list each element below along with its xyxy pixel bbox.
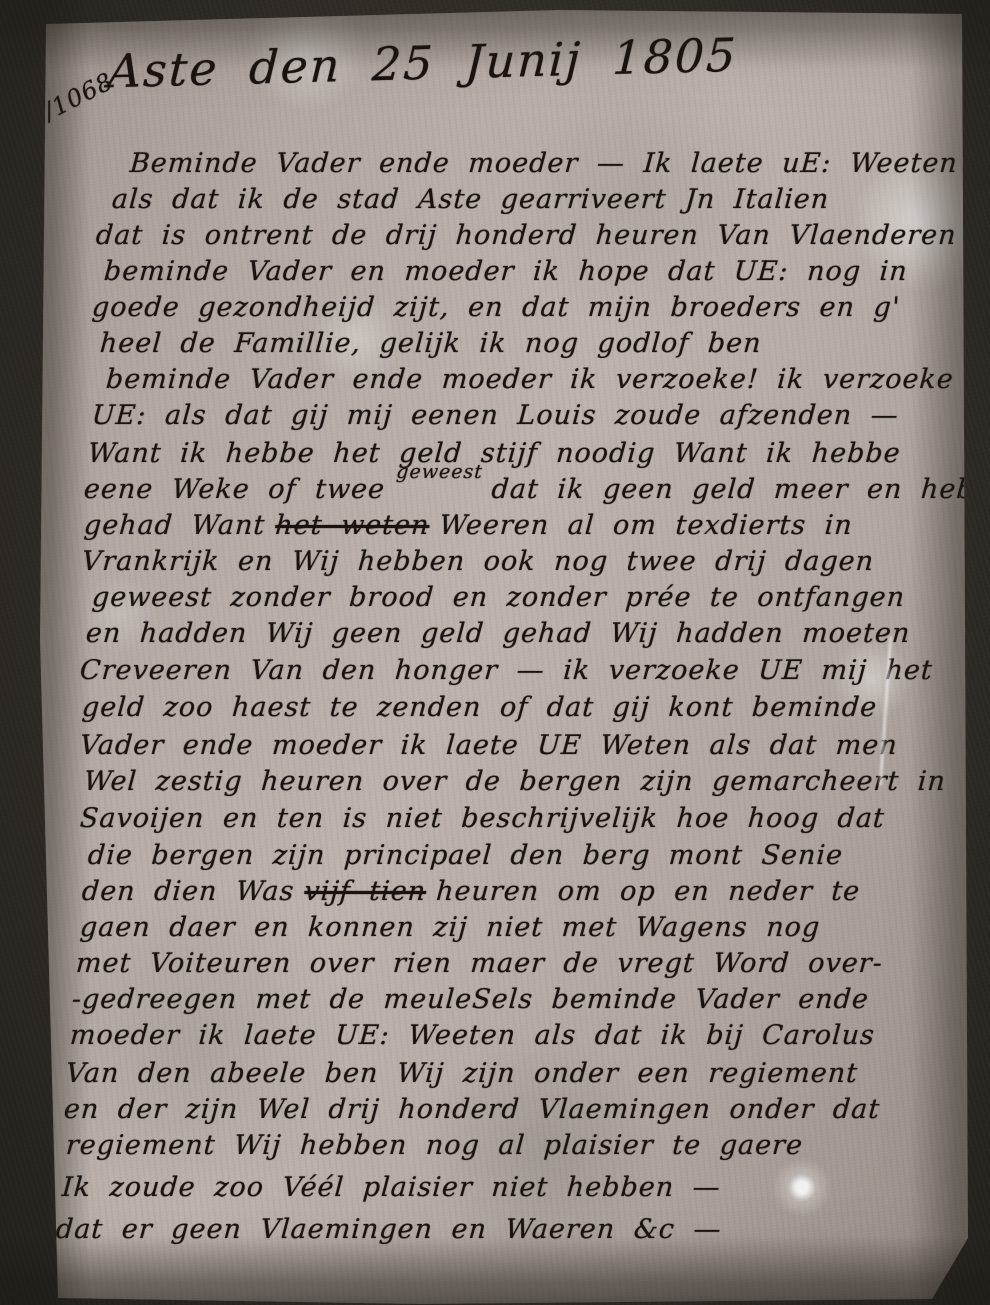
struck-word: vijf tien [303, 876, 427, 907]
letter-line: Want ik hebbe het geld stijf noodig Want… [87, 438, 902, 469]
letter-line: regiement Wij hebben nog al plaisier te … [65, 1130, 804, 1161]
letter-line: dat is ontrent de drij honderd heuren Va… [95, 220, 958, 251]
letter-line: moeder ik laete UE: Weeten als dat ik bi… [69, 1020, 876, 1051]
letter-line: beminde Vader en moeder ik hope dat UE: … [103, 256, 909, 287]
dateline: Aste den 25 Junij 1805 [107, 28, 739, 99]
line-text: heuren om op en neder te [435, 876, 861, 907]
letter-line: gehad Want het weten Weeren al om texdie… [83, 510, 854, 541]
line-text: dat ik geen geld meer en hebbe [491, 474, 990, 505]
letter-paper: Aste den 25 Junij 1805 3/1068 Beminde Va… [0, 0, 990, 1305]
struck-word: het weten [274, 510, 430, 541]
letter-line: beminde Vader ende moeder ik verzoeke! i… [105, 364, 955, 395]
letter-line: -gedreegen met de meuleSels beminde Vade… [71, 984, 870, 1015]
letter-line: Van den abeele ben Wij zijn onder een re… [65, 1058, 859, 1089]
letter-line: eene Weke of twee geweest dat ik geen ge… [83, 474, 990, 505]
letter-line: met Voiteuren over rien maer de vregt Wo… [75, 948, 884, 979]
letter-line: die bergen zijn principael den berg mont… [87, 840, 844, 871]
line-text: eene Weke of twee [83, 474, 386, 505]
letter-line: Ik zoude zoo Véél plaisier niet hebben — [61, 1172, 722, 1203]
letter-line: Creveeren Van den honger — ik verzoeke U… [79, 655, 934, 686]
letter-line: goede gezondheijd zijt, en dat mijn broe… [91, 292, 901, 323]
letter-line: Savoijen en ten is niet beschrijvelijk h… [79, 803, 886, 834]
letter-line: als dat ik de stad Aste gearriveert Jn I… [111, 184, 830, 215]
letter-line: en hadden Wij geen geld gehad Wij hadden… [85, 618, 912, 649]
line-text: gehad Want [83, 510, 267, 541]
letter-line: Beminde Vader ende moeder — Ik laete uE:… [129, 148, 959, 179]
inserted-word: geweest [395, 461, 484, 492]
letter-photograph: Aste den 25 Junij 1805 3/1068 Beminde Va… [0, 0, 990, 1305]
letter-line: Vader ende moeder ik laete UE Weten als … [79, 730, 899, 761]
letter-line: UE: als dat gij mij eenen Louis zoude af… [91, 400, 900, 431]
archive-mark: 3/1068 [25, 67, 118, 133]
letter-line: dat er geen Vlaemingen en Waeren &c — [55, 1214, 723, 1245]
letter-line: heel de Famillie, gelijk ik nog godlof b… [99, 328, 763, 359]
letter-line: Vrankrijk en Wij hebben ook nog twee dri… [81, 546, 875, 577]
letter-line: gaen daer en konnen zij niet met Wagens … [79, 912, 821, 943]
line-text: Weeren al om texdierts in [438, 510, 853, 541]
letter-line: geweest zonder brood en zonder prée te o… [91, 582, 906, 613]
letter-line: Wel zestig heuren over de bergen zijn ge… [83, 766, 947, 797]
letter-line: en der zijn Wel drij honderd Vlaemingen … [63, 1094, 881, 1125]
line-text: den dien Was [81, 876, 296, 907]
letter-line: den dien Was vijf tien heuren om op en n… [81, 876, 861, 907]
letter-line: geld zoo haest te zenden of dat gij kont… [81, 692, 878, 723]
